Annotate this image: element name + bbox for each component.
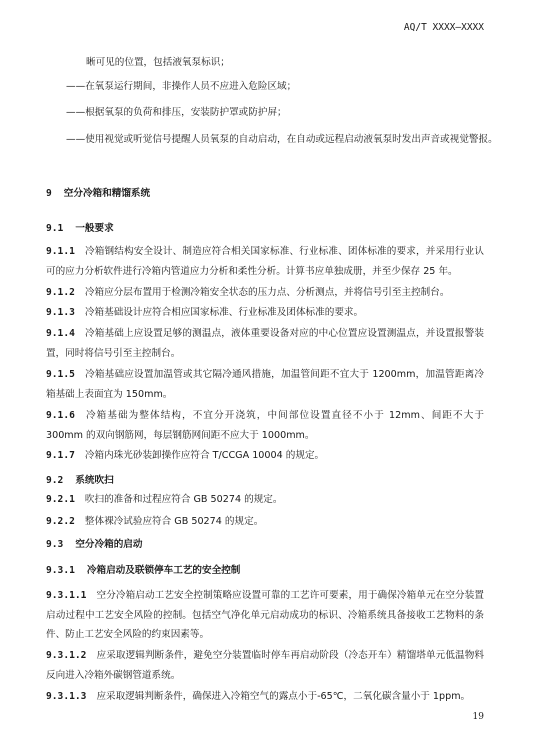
clause-number: 9.1.2 <box>46 287 75 298</box>
section-number: 9.3 <box>46 539 63 550</box>
clause-text: 冷箱内珠光砂装卸操作应符合 T/CCGA 10004 的规定。 <box>85 450 324 461</box>
clause-9-2-2: 9.2.2整体裸冷试验应符合 GB 50274 的规定。 <box>46 512 484 532</box>
clause-text: 冷箱基础上应设置足够的测温点，液体重要设备对应的中心位置应设置测温点，并设置报警… <box>46 328 484 359</box>
clause-9-1-7: 9.1.7冷箱内珠光砂装卸操作应符合 T/CCGA 10004 的规定。 <box>46 446 484 466</box>
section-heading-9-2: 9.2系统吹扫 <box>46 471 114 490</box>
clause-9-1-5: 9.1.5冷箱基础应设置加温管或其它隔冷通风措施，加温管间距不宜大于 1200m… <box>46 365 484 404</box>
clause-9-3-1-2: 9.3.1.2应采取逻辑判断条件，避免空分装置临时停车再启动阶段（冷态开车）精馏… <box>46 646 484 685</box>
clause-text: 吹扫的准备和过程应符合 GB 50274 的规定。 <box>85 494 283 505</box>
section-number: 9.2 <box>46 475 63 486</box>
clause-number: 9.3.1.1 <box>46 590 86 601</box>
clause-text: 冷箱基础为整体结构，不宜分开浇筑，中间部位设置直径不小于 12mm、间距不大于 … <box>46 410 484 441</box>
clause-9-1-4: 9.1.4冷箱基础上应设置足够的测温点，液体重要设备对应的中心位置应设置测温点，… <box>46 324 484 363</box>
section-title: 空分冷箱和精馏系统 <box>64 188 150 199</box>
section-heading-9-3: 9.3空分冷箱的启动 <box>46 535 142 554</box>
clause-text: 应采取逻辑判断条件，确保进入冷箱空气的露点小于-65℃，二氧化碳含量小于 1pp… <box>96 691 470 702</box>
clause-number: 9.1.7 <box>46 450 75 461</box>
clause-9-3-1-3: 9.3.1.3应采取逻辑判断条件，确保进入冷箱空气的露点小于-65℃，二氧化碳含… <box>46 687 484 707</box>
clause-number: 9.1.1 <box>46 246 75 257</box>
clause-text: 冷箱应分层布置用于检测冷箱安全状态的压力点、分析测点，并将信号引至主控制台。 <box>85 287 450 298</box>
clause-9-2-1: 9.2.1吹扫的准备和过程应符合 GB 50274 的规定。 <box>46 490 484 510</box>
section-number: 9 <box>46 188 52 199</box>
clause-number: 9.1.5 <box>46 369 75 380</box>
section-title: 系统吹扫 <box>75 475 113 486</box>
clause-number: 9.1.3 <box>46 307 75 318</box>
dash-item: ——根据氧泵的负荷和排压，安装防护罩或防护屏； <box>66 103 287 122</box>
clause-text: 空分冷箱启动工艺安全控制策略应设置可靠的工艺许可要素，用于确保冷箱单元在空分装置… <box>46 590 484 640</box>
clause-9-3-1-1: 9.3.1.1空分冷箱启动工艺安全控制策略应设置可靠的工艺许可要素，用于确保冷箱… <box>46 586 484 645</box>
section-title: 空分冷箱的启动 <box>75 539 142 550</box>
continued-text: 晰可见的位置，包括液氧泵标识； <box>86 53 230 72</box>
clause-9-1-3: 9.1.3冷箱基础设计应符合相应国家标准、行业标准及团体标准的要求。 <box>46 303 484 323</box>
clause-text: 应采取逻辑判断条件，避免空分装置临时停车再启动阶段（冷态开车）精馏塔单元低温物料… <box>46 650 484 681</box>
clause-text: 整体裸冷试验应符合 GB 50274 的规定。 <box>85 516 263 527</box>
clause-number: 9.3.1.3 <box>46 691 86 702</box>
clause-number: 9.1.4 <box>46 328 75 339</box>
dash-item: ——使用视觉或听觉信号提醒人员氧泵的自动启动，在自动或远程启动液氧泵时发出声音或… <box>66 130 504 150</box>
section-heading-9: 9空分冷箱和精馏系统 <box>46 184 150 203</box>
section-number: 9.1 <box>46 223 63 234</box>
clause-9-1-2: 9.1.2冷箱应分层布置用于检测冷箱安全状态的压力点、分析测点，并将信号引至主控… <box>46 283 484 303</box>
clause-number: 9.1.6 <box>46 410 75 421</box>
clause-text: 冷箱基础应设置加温管或其它隔冷通风措施，加温管间距不宜大于 1200mm，加温管… <box>46 369 484 400</box>
section-title: 一般要求 <box>75 223 113 234</box>
clause-9-1-1: 9.1.1冷箱钢结构安全设计、制造应符合相关国家标准、行业标准、团体标准的要求，… <box>46 242 484 281</box>
section-heading-9-1: 9.1一般要求 <box>46 219 114 238</box>
document-code-header: AQ/T XXXX—XXXX <box>404 22 484 33</box>
clause-number: 9.3.1.2 <box>46 650 86 661</box>
clause-text: 冷箱基础设计应符合相应国家标准、行业标准及团体标准的要求。 <box>85 307 363 318</box>
page-number: 19 <box>473 712 484 722</box>
clause-number: 9.2.1 <box>46 494 75 505</box>
dash-item: ——在氧泵运行期间，非操作人员不应进入危险区域； <box>66 77 296 96</box>
section-heading-9-3-1: 9.3.1冷箱启动及联锁停车工艺的安全控制 <box>46 561 240 580</box>
section-number: 9.3.1 <box>46 565 75 576</box>
clause-9-1-6: 9.1.6冷箱基础为整体结构，不宜分开浇筑，中间部位设置直径不小于 12mm、间… <box>46 406 484 445</box>
clause-text: 冷箱钢结构安全设计、制造应符合相关国家标准、行业标准、团体标准的要求，并采用行业… <box>46 246 484 277</box>
section-title: 冷箱启动及联锁停车工艺的安全控制 <box>87 565 241 576</box>
document-page: AQ/T XXXX—XXXX 晰可见的位置，包括液氧泵标识； ——在氧泵运行期间… <box>0 0 556 751</box>
clause-number: 9.2.2 <box>46 516 75 527</box>
